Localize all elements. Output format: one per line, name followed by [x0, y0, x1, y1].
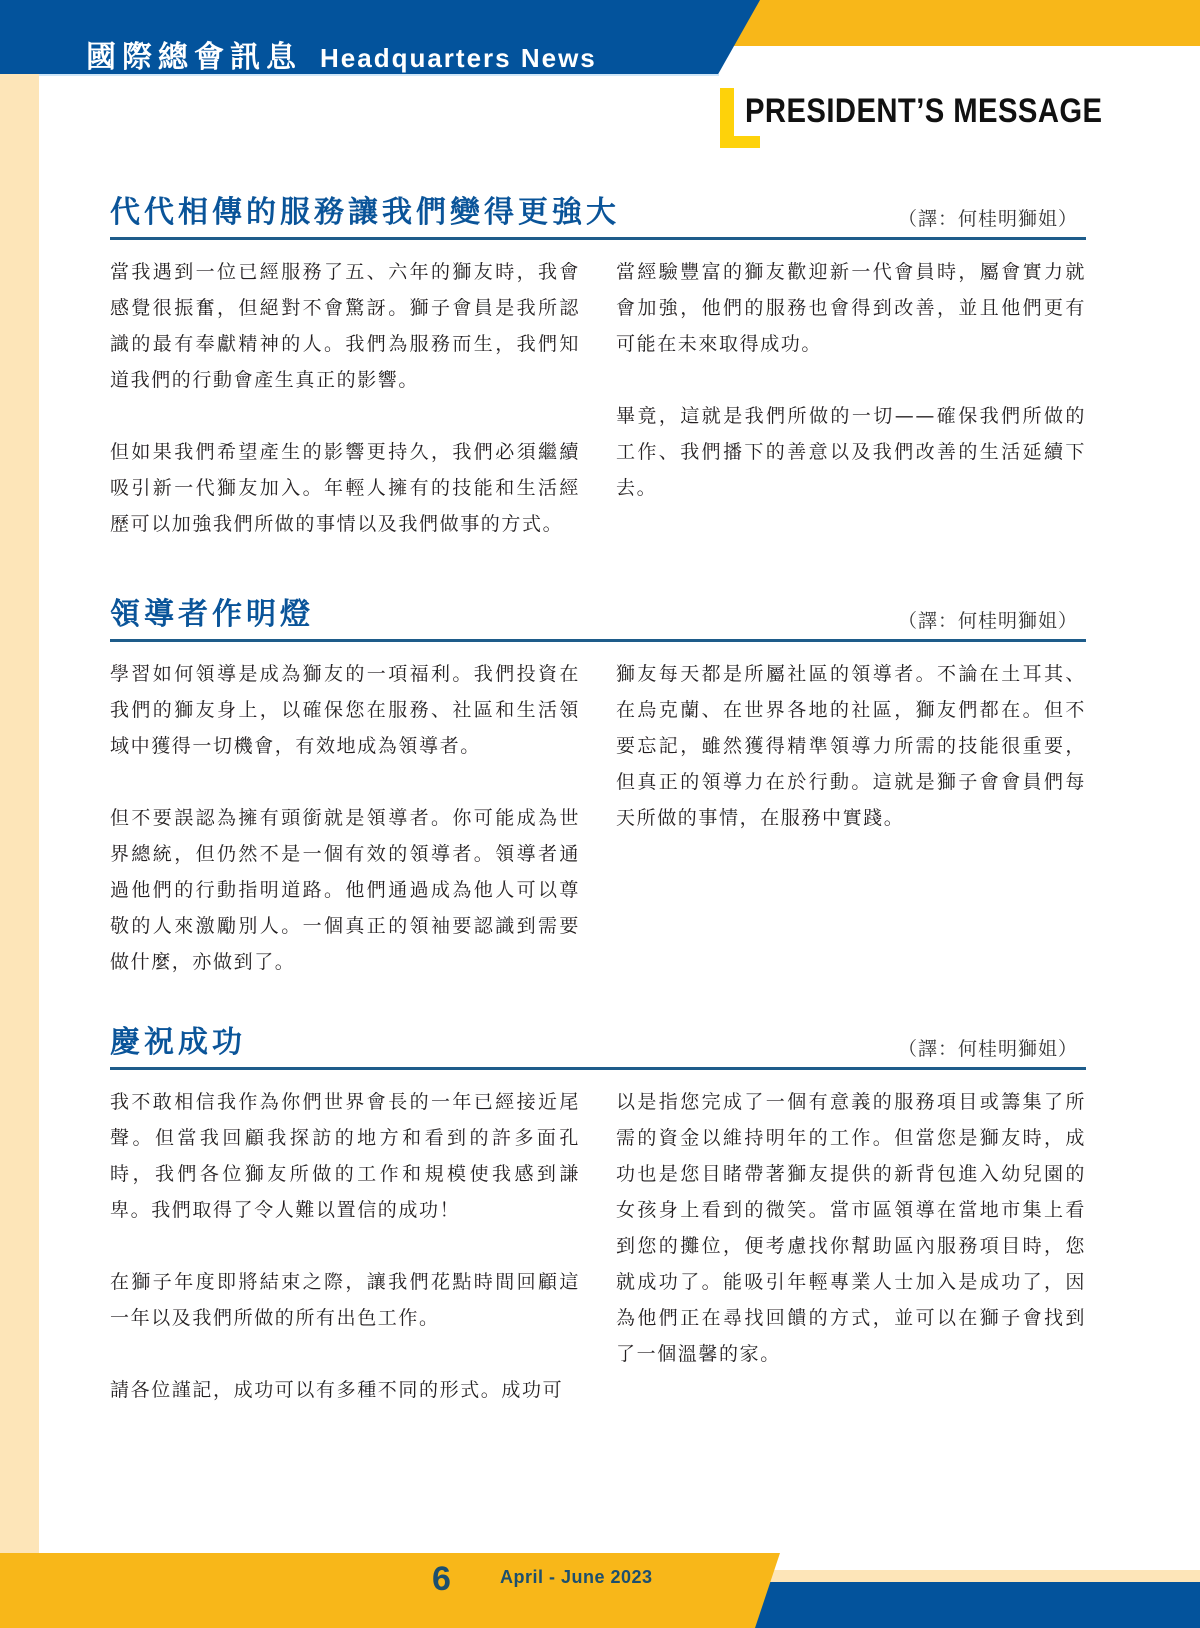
article-header: 代代相傳的服務讓我們變得更強大 （譯：何桂明獅姐）	[110, 196, 1086, 240]
article-title: 領導者作明燈	[110, 589, 314, 633]
paragraph: 請各位謹記，成功可以有多種不同的形式。成功可	[110, 1372, 580, 1408]
issue-date: April - June 2023	[500, 1567, 653, 1588]
translator-credit: （譯：何桂明獅姐）	[898, 606, 1078, 633]
paragraph: 獅友每天都是所屬社區的領導者。不論在土耳其、在烏克蘭、在世界各地的社區，獅友們都…	[616, 656, 1086, 836]
right-column: 當經驗豐富的獅友歡迎新一代會員時，屬會實力就會加強，他們的服務也會得到改善，並且…	[616, 254, 1086, 542]
left-column: 學習如何領導是成為獅友的一項福利。我們投資在我們的獅友身上，以確保您在服務、社區…	[110, 656, 580, 980]
article-header: 領導者作明燈 （譯：何桂明獅姐）	[110, 598, 1086, 642]
translator-credit: （譯：何桂明獅姐）	[898, 1034, 1078, 1061]
left-column: 我不敢相信我作為你們世界會長的一年已經接近尾聲。但當我回顧我探訪的地方和看到的許…	[110, 1084, 580, 1408]
header-title-english: Headquarters News	[320, 43, 597, 74]
paragraph: 但如果我們希望產生的影響更持久，我們必須繼續吸引新一代獅友加入。年輕人擁有的技能…	[110, 434, 580, 542]
left-column: 當我遇到一位已經服務了五、六年的獅友時，我會感覺很振奮，但絕對不會驚訝。獅子會員…	[110, 254, 580, 542]
article-columns: 學習如何領導是成為獅友的一項福利。我們投資在我們的獅友身上，以確保您在服務、社區…	[110, 656, 1086, 980]
article-leaders-as-beacons: 領導者作明燈 （譯：何桂明獅姐） 學習如何領導是成為獅友的一項福利。我們投資在我…	[110, 598, 1086, 980]
article-title: 代代相傳的服務讓我們變得更強大	[110, 187, 620, 231]
footer-cream-band	[700, 1570, 1200, 1582]
left-decorative-stripe	[0, 74, 39, 1554]
page-number: 6	[432, 1560, 451, 1599]
header-title-chinese: 國際總會訊息	[86, 32, 302, 76]
translator-credit: （譯：何桂明獅姐）	[898, 204, 1078, 231]
article-generational-service: 代代相傳的服務讓我們變得更強大 （譯：何桂明獅姐） 當我遇到一位已經服務了五、六…	[110, 196, 1086, 542]
right-column: 獅友每天都是所屬社區的領導者。不論在土耳其、在烏克蘭、在世界各地的社區，獅友們都…	[616, 656, 1086, 980]
paragraph: 當經驗豐富的獅友歡迎新一代會員時，屬會實力就會加強，他們的服務也會得到改善，並且…	[616, 254, 1086, 362]
paragraph: 我不敢相信我作為你們世界會長的一年已經接近尾聲。但當我回顧我探訪的地方和看到的許…	[110, 1084, 580, 1228]
paragraph: 以是指您完成了一個有意義的服務項目或籌集了所需的資金以維持明年的工作。但當您是獅…	[616, 1084, 1086, 1372]
article-celebrating-success: 慶祝成功 （譯：何桂明獅姐） 我不敢相信我作為你們世界會長的一年已經接近尾聲。但…	[110, 1026, 1086, 1408]
publication-header: 國際總會訊息 Headquarters News	[86, 32, 597, 76]
section-label-text: PRESIDENT’S MESSAGE	[745, 92, 1103, 131]
article-columns: 我不敢相信我作為你們世界會長的一年已經接近尾聲。但當我回顧我探訪的地方和看到的許…	[110, 1084, 1086, 1408]
paragraph: 畢竟，這就是我們所做的一切——確保我們所做的工作、我們播下的善意以及我們改善的生…	[616, 398, 1086, 506]
paragraph: 但不要誤認為擁有頭銜就是領導者。你可能成為世界總統，但仍然不是一個有效的領導者。…	[110, 800, 580, 980]
article-columns: 當我遇到一位已經服務了五、六年的獅友時，我會感覺很振奮，但絕對不會驚訝。獅子會員…	[110, 254, 1086, 542]
right-column: 以是指您完成了一個有意義的服務項目或籌集了所需的資金以維持明年的工作。但當您是獅…	[616, 1084, 1086, 1408]
paragraph: 當我遇到一位已經服務了五、六年的獅友時，我會感覺很振奮，但絕對不會驚訝。獅子會員…	[110, 254, 580, 398]
paragraph: 學習如何領導是成為獅友的一項福利。我們投資在我們的獅友身上，以確保您在服務、社區…	[110, 656, 580, 764]
paragraph: 在獅子年度即將結束之際，讓我們花點時間回顧這一年以及我們所做的所有出色工作。	[110, 1264, 580, 1336]
article-title: 慶祝成功	[110, 1017, 246, 1061]
article-header: 慶祝成功 （譯：何桂明獅姐）	[110, 1026, 1086, 1070]
footer-yellow-band	[0, 1553, 780, 1628]
